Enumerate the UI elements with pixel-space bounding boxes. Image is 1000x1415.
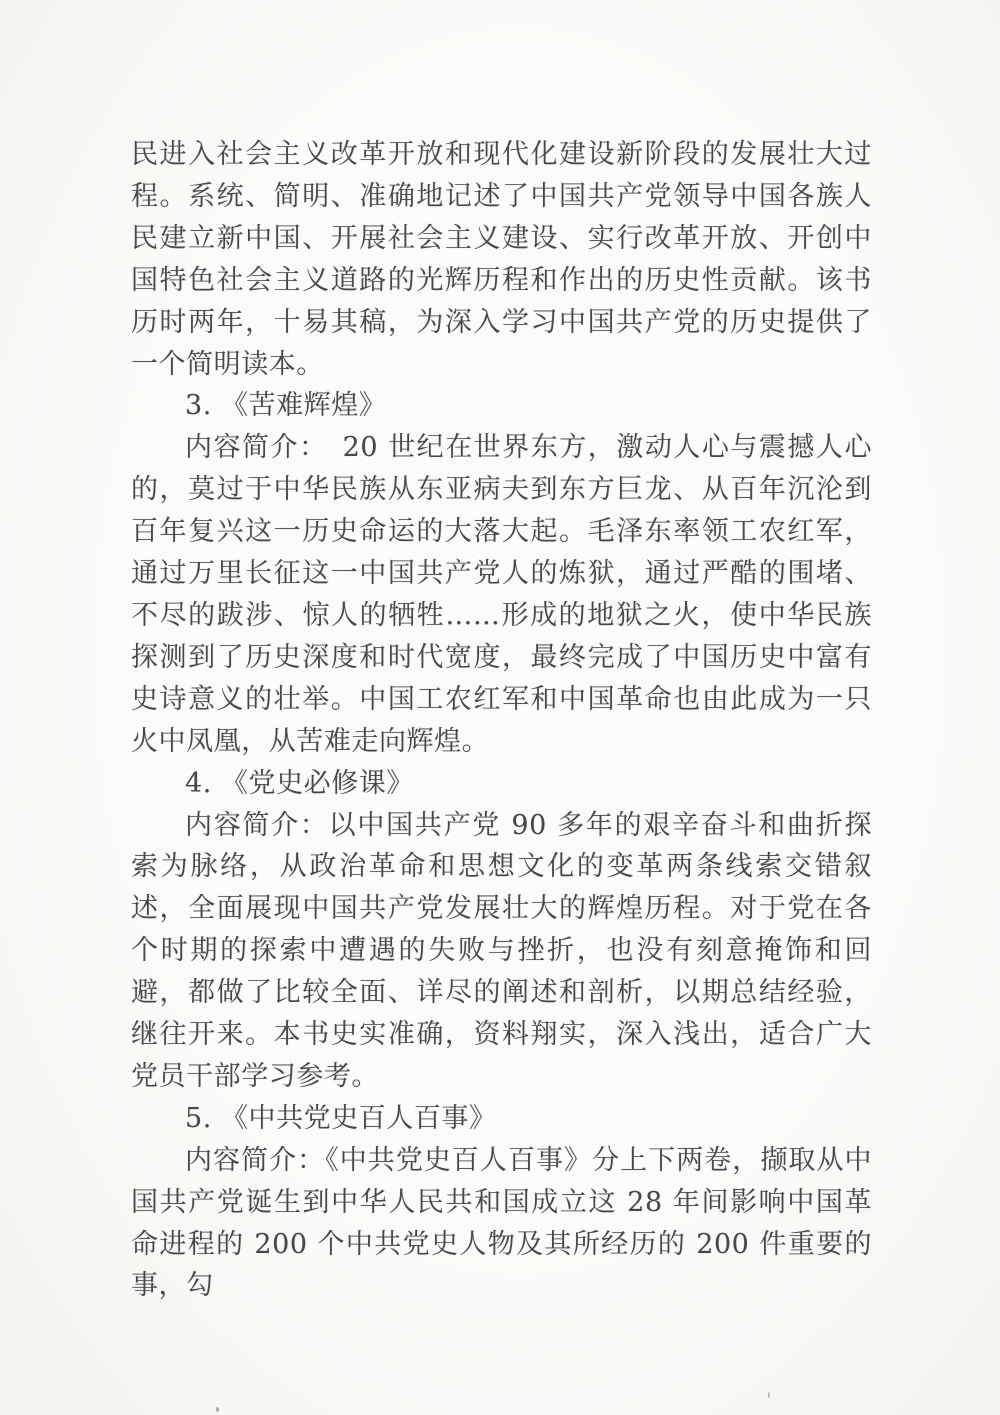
para-book3-intro: 内容简介： 20 世纪在世界东方，激动人心与震撼人心的，莫过于中华民族从东亚病夫… bbox=[131, 427, 872, 762]
para-book4-intro: 内容简介：以中国共产党 90 多年的艰辛奋斗和曲折探索为脉络，从政治革命和思想文… bbox=[131, 805, 872, 1098]
heading-book4-title: 4. 《党史必修课》 bbox=[131, 763, 872, 805]
scan-speck bbox=[216, 1407, 219, 1412]
document-text-block: 民进入社会主义改革开放和现代化建设新阶段的发展壮大过程。系统、简明、准确地记述了… bbox=[131, 134, 872, 1307]
heading-book3-title: 3. 《苦难辉煌》 bbox=[131, 385, 872, 427]
scan-speck bbox=[768, 1392, 770, 1398]
scanned-page: 民进入社会主义改革开放和现代化建设新阶段的发展壮大过程。系统、简明、准确地记述了… bbox=[0, 0, 1000, 1415]
para-book2-intro-continuation: 民进入社会主义改革开放和现代化建设新阶段的发展壮大过程。系统、简明、准确地记述了… bbox=[131, 134, 872, 385]
para-book5-intro: 内容简介：《中共党史百人百事》分上下两卷，撷取从中国共产党诞生到中华人民共和国成… bbox=[131, 1140, 872, 1308]
heading-book5-title: 5. 《中共党史百人百事》 bbox=[131, 1098, 872, 1140]
